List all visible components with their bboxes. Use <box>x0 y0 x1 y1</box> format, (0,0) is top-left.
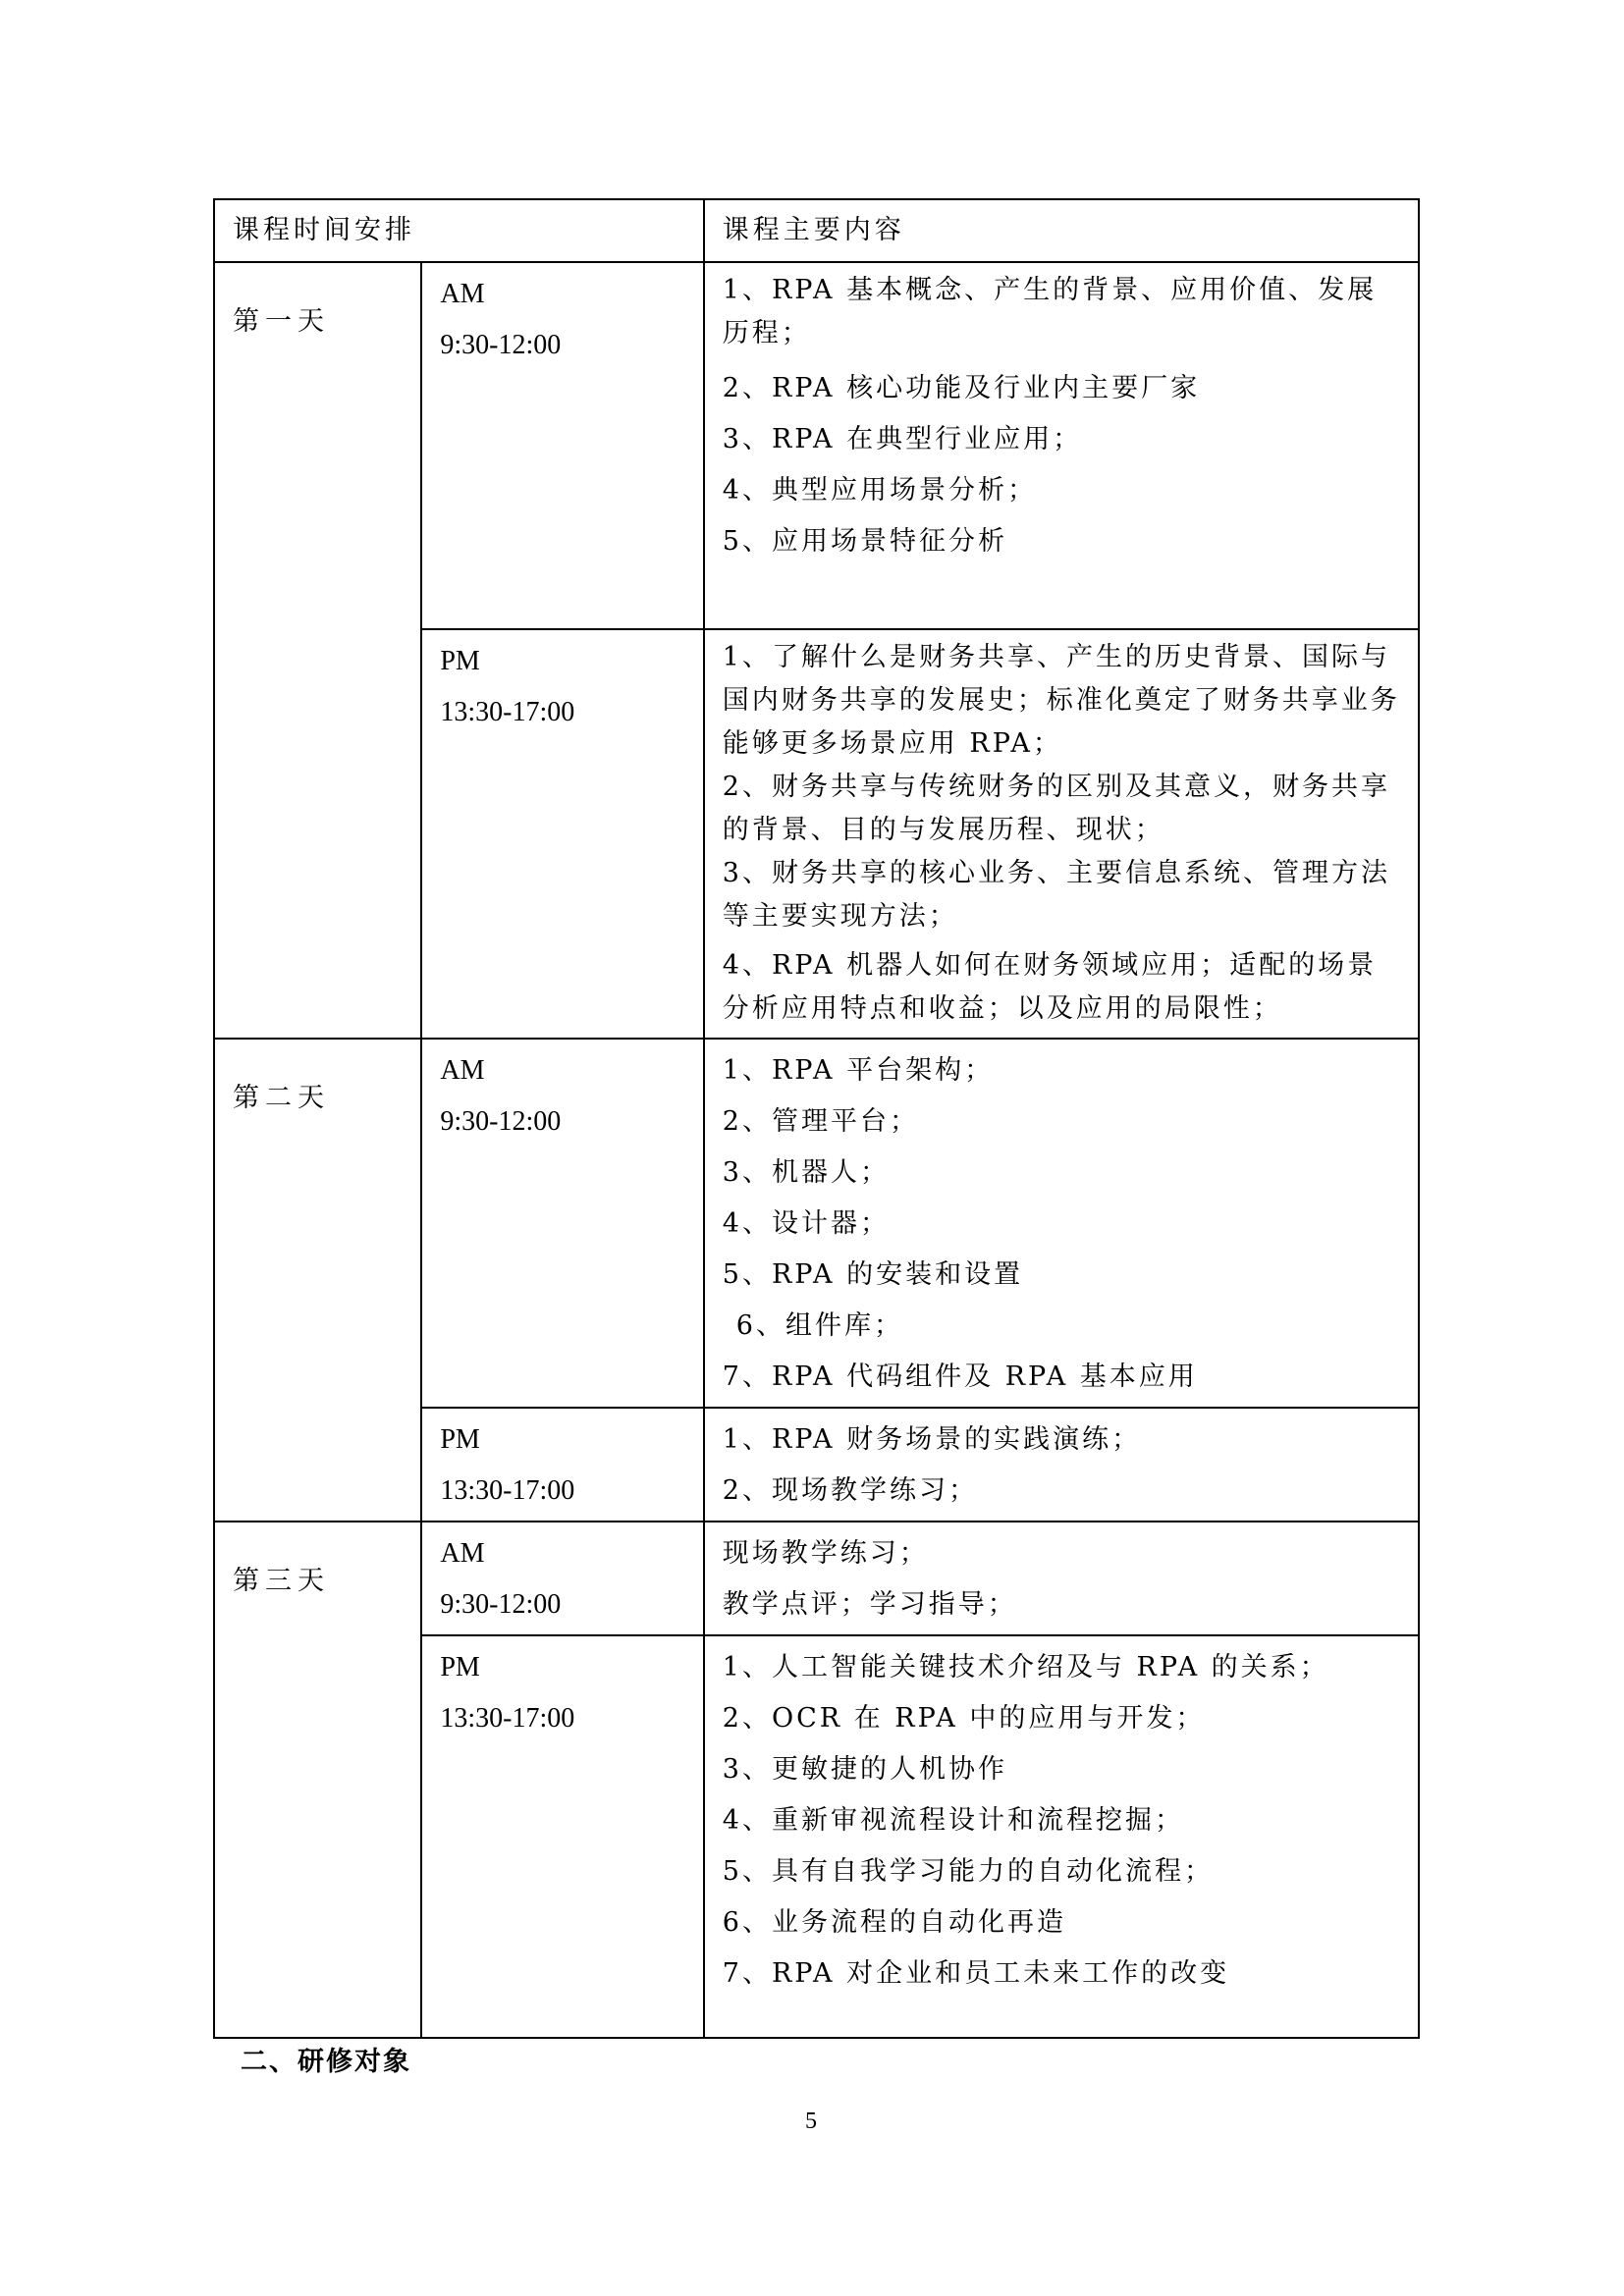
session-period: PM <box>440 1642 702 1693</box>
list-item: 1、RPA 基本概念、产生的背景、应用价值、发展历程； <box>723 269 1404 355</box>
session-time-cell: AM 9:30-12:00 <box>421 1039 703 1408</box>
page-number: 5 <box>805 2109 817 2135</box>
session-content-cell: 1、人工智能关键技术介绍及与 RPA 的关系； 2、OCR 在 RPA 中的应用… <box>704 1635 1419 2038</box>
list-item: 6、业务流程的自动化再造 <box>723 1897 1404 1949</box>
list-item: 4、RPA 机器人如何在财务领域应用；适配的场景分析应用特点和收益；以及应用的局… <box>723 944 1404 1031</box>
list-item: 3、机器人； <box>723 1148 1404 1199</box>
session-time: 9:30-12:00 <box>440 1579 702 1630</box>
session-period: PM <box>440 636 702 687</box>
table-row: 第二天 AM 9:30-12:00 1、RPA 平台架构； 2、管理平台； 3、… <box>214 1039 1419 1408</box>
session-time-cell: AM 9:30-12:00 <box>421 1522 703 1635</box>
list-item: 6、组件库； <box>723 1301 1404 1352</box>
day-cell: 第一天 <box>214 262 421 1039</box>
table-row: 第一天 AM 9:30-12:00 1、RPA 基本概念、产生的背景、应用价值、… <box>214 262 1419 629</box>
section-heading: 二、研修对象 <box>241 2040 411 2078</box>
session-time-cell: AM 9:30-12:00 <box>421 262 703 629</box>
session-time-cell: PM 13:30-17:00 <box>421 1635 703 2038</box>
list-item: 3、财务共享的核心业务、主要信息系统、管理方法等主要实现方法； <box>723 852 1404 938</box>
table-header-row: 课程时间安排 课程主要内容 <box>214 199 1419 262</box>
list-item: 教学点评；学习指导； <box>723 1579 1404 1630</box>
list-item: 3、RPA 在典型行业应用； <box>723 414 1404 465</box>
session-period: AM <box>440 1528 702 1579</box>
list-item: 1、RPA 平台架构； <box>723 1045 1404 1096</box>
list-item: 1、人工智能关键技术介绍及与 RPA 的关系； <box>723 1642 1404 1693</box>
course-schedule-table: 课程时间安排 课程主要内容 第一天 AM 9:30-12:00 1、RPA 基本… <box>213 198 1420 2039</box>
table-row: 第三天 AM 9:30-12:00 现场教学练习； 教学点评；学习指导； <box>214 1522 1419 1635</box>
list-item: 4、设计器； <box>723 1199 1404 1250</box>
session-content-cell: 1、RPA 平台架构； 2、管理平台； 3、机器人； 4、设计器； 5、RPA … <box>704 1039 1419 1408</box>
list-item: 1、了解什么是财务共享、产生的历史背景、国际与国内财务共享的发展史；标准化奠定了… <box>723 636 1404 766</box>
session-time: 13:30-17:00 <box>440 687 702 738</box>
list-item: 5、应用场景特征分析 <box>723 516 1404 567</box>
day-label: 第三天 <box>215 1556 420 1607</box>
session-content-cell: 1、RPA 基本概念、产生的背景、应用价值、发展历程； 2、RPA 核心功能及行… <box>704 262 1419 629</box>
list-item: 2、现场教学练习； <box>723 1466 1404 1517</box>
session-time: 9:30-12:00 <box>440 1096 702 1148</box>
header-schedule-label: 课程时间安排 <box>215 205 703 256</box>
list-item: 3、更敏捷的人机协作 <box>723 1744 1404 1795</box>
list-item: 7、RPA 代码组件及 RPA 基本应用 <box>723 1352 1404 1403</box>
session-period: PM <box>440 1415 702 1466</box>
session-time: 9:30-12:00 <box>440 320 702 371</box>
list-item: 5、具有自我学习能力的自动化流程； <box>723 1846 1404 1897</box>
header-content-label: 课程主要内容 <box>705 205 1418 256</box>
header-schedule-cell: 课程时间安排 <box>214 199 704 262</box>
session-time: 13:30-17:00 <box>440 1466 702 1517</box>
list-item: 2、OCR 在 RPA 中的应用与开发； <box>723 1693 1404 1744</box>
session-content-cell: 现场教学练习； 教学点评；学习指导； <box>704 1522 1419 1635</box>
list-item: 现场教学练习； <box>723 1528 1404 1579</box>
session-time: 13:30-17:00 <box>440 1693 702 1744</box>
list-item: 5、RPA 的安装和设置 <box>723 1250 1404 1301</box>
day-label: 第一天 <box>215 296 420 347</box>
day-cell: 第三天 <box>214 1522 421 2038</box>
session-period: AM <box>440 1045 702 1096</box>
list-item: 7、RPA 对企业和员工未来工作的改变 <box>723 1949 1404 2000</box>
header-content-cell: 课程主要内容 <box>704 199 1419 262</box>
list-item: 4、重新审视流程设计和流程挖掘； <box>723 1795 1404 1846</box>
day-label: 第二天 <box>215 1073 420 1124</box>
list-item: 2、RPA 核心功能及行业内主要厂家 <box>723 363 1404 414</box>
list-item: 4、典型应用场景分析； <box>723 465 1404 516</box>
session-time-cell: PM 13:30-17:00 <box>421 1408 703 1522</box>
list-item: 2、财务共享与传统财务的区别及其意义，财务共享的背景、目的与发展历程、现状； <box>723 766 1404 852</box>
session-time-cell: PM 13:30-17:00 <box>421 629 703 1039</box>
list-item: 2、管理平台； <box>723 1096 1404 1148</box>
session-content-cell: 1、RPA 财务场景的实践演练； 2、现场教学练习； <box>704 1408 1419 1522</box>
session-content-cell: 1、了解什么是财务共享、产生的历史背景、国际与国内财务共享的发展史；标准化奠定了… <box>704 629 1419 1039</box>
list-item: 1、RPA 财务场景的实践演练； <box>723 1415 1404 1466</box>
day-cell: 第二天 <box>214 1039 421 1522</box>
session-period: AM <box>440 269 702 320</box>
